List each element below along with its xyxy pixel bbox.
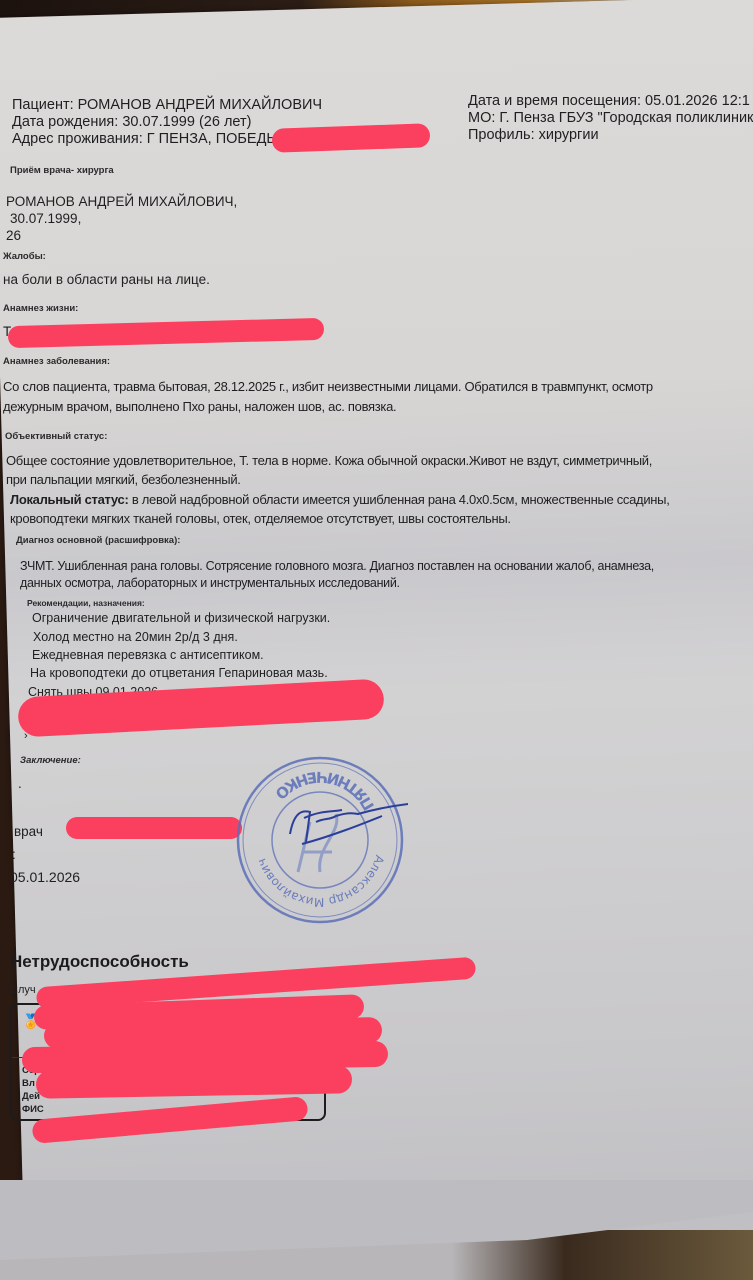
objective-status-line-1: Общее состояние удовлетворительное, Т. т… (6, 451, 652, 471)
medical-document: Пациент: РОМАНОВ АНДРЕЙ МИХАЙЛОВИЧ Дата … (0, 0, 753, 1280)
mo-value: Г. Пенза ГБУЗ "Городская поликлиник (499, 110, 753, 126)
disease-history-line-1: Со слов пациента, травма бытовая, 28.12.… (3, 377, 653, 397)
objective-status-line-2: при пальпации мягкий, безболезненный. (6, 470, 241, 490)
recommendations-label: Рекомендации, назначения: (27, 598, 145, 608)
redaction-life-history (8, 318, 324, 348)
disease-history-line-2: дежурным врачом, выполнено Пхо раны, нал… (3, 397, 396, 417)
patient-label: Пациент: (12, 97, 74, 113)
address-line: Адрес проживания: Г ПЕНЗА, ПОБЕДЫ П (12, 131, 294, 148)
recommendation-item-2: Холод местно на 20мин 2р/д 3 дня. (33, 627, 238, 647)
cert-field-2: Вл (22, 1078, 35, 1089)
redaction-disability-5 (36, 1065, 352, 1099)
signature-date: 05.01.2026 (10, 867, 80, 887)
cert-field-4: ФИС (22, 1104, 44, 1115)
disability-case-label: Случ (10, 980, 36, 1000)
doctor-role: врач (14, 822, 43, 842)
conclusion-text: . (18, 774, 22, 794)
cert-field-3: Дей (22, 1091, 40, 1102)
local-status-label: Локальный статус: (10, 492, 129, 507)
redaction-address (272, 123, 431, 152)
local-status-line-1: Локальный статус: в левой надбровной обл… (10, 490, 670, 510)
disease-history-label: Анамнез заболевания: (3, 356, 110, 367)
profile-label: Профиль: (468, 127, 535, 143)
life-history-label: Анамнез жизни: (3, 303, 78, 314)
diagnosis-line-2: данных осмотра, лабораторных и инструмен… (20, 573, 400, 593)
doctor-stamp-icon: Александр Михайлович ПЯТНИЧЕНКО (232, 752, 408, 928)
dob-label: Дата рождения: (12, 114, 118, 130)
diagnosis-label: Диагноз основной (расшифровка): (16, 535, 180, 546)
address-label: Адрес проживания: (12, 131, 143, 147)
dob-value: 30.07.1999 (26 лет) (122, 114, 251, 130)
mo-label: МО: (468, 110, 495, 126)
recommendation-item-1: Ограничение двигательной и физической на… (32, 608, 330, 628)
recommendation-item-4: На кровоподтеки до отцветания Гепаринова… (30, 663, 328, 683)
disability-title: Нетрудоспособность (10, 952, 189, 972)
visit-value: 05.01.2026 12:1 (645, 93, 750, 109)
complaints-text: на боли в области раны на лице. (3, 270, 210, 290)
patient-name: РОМАНОВ АНДРЕЙ МИХАЙЛОВИЧ (78, 97, 322, 113)
signature-colon: : (12, 845, 16, 865)
appointment-title: Приём врача- хирурга (10, 165, 114, 176)
patient-block-age: 26 (6, 226, 21, 246)
recommendation-item-3: Ежедневная перевязка с антисептиком. (32, 645, 264, 665)
complaints-label: Жалобы: (3, 251, 46, 262)
svg-text:ПЯТНИЧЕНКО: ПЯТНИЧЕНКО (271, 768, 378, 814)
objective-status-label: Объективный статус: (5, 431, 107, 442)
dob-line: Дата рождения: 30.07.1999 (26 лет) (12, 114, 251, 131)
recommendations-trailing-mark: › (24, 726, 28, 746)
visit-datetime-line: Дата и время посещения: 05.01.2026 12:1 (468, 93, 750, 110)
local-status-line-2: кровоподтеки мягких тканей головы, отек,… (10, 509, 511, 529)
redaction-doctor-name (66, 817, 242, 839)
patient-line: Пациент: РОМАНОВ АНДРЕЙ МИХАЙЛОВИЧ (12, 97, 322, 114)
profile-value: хирургии (539, 127, 599, 143)
profile-line: Профиль: хирургии (468, 127, 599, 144)
mo-line: МО: Г. Пенза ГБУЗ "Городская поликлиник (468, 110, 753, 127)
local-status-text-1: в левой надбровной области имеется ушибл… (132, 492, 670, 507)
visit-label: Дата и время посещения: (468, 93, 641, 109)
conclusion-label: Заключение: (20, 755, 81, 766)
